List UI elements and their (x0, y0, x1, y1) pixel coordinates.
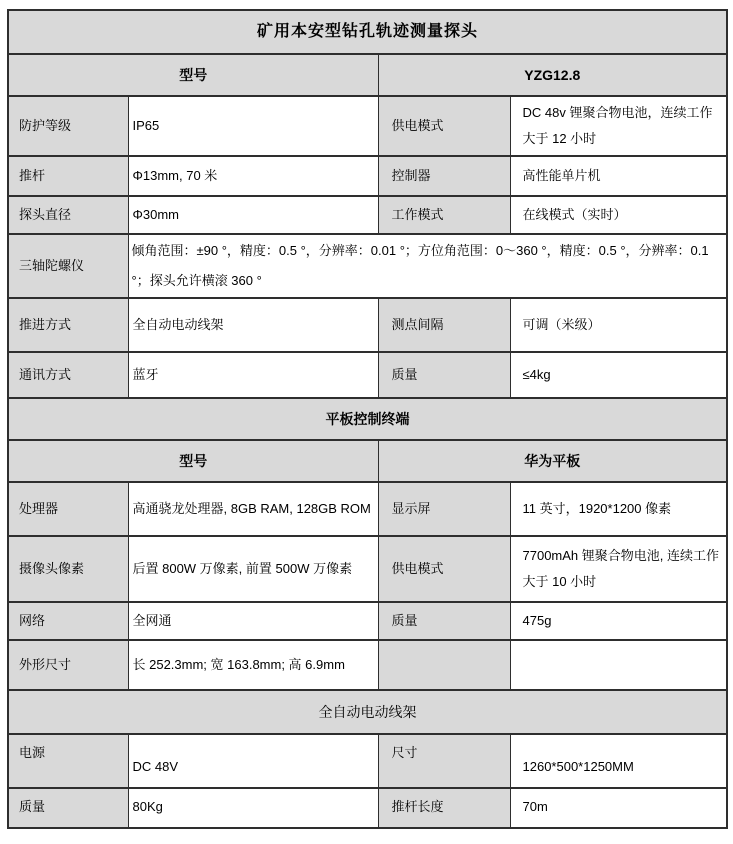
row-label-cell: 通讯方式 (8, 352, 128, 398)
row-label-cell: 供电模式 (378, 536, 510, 602)
row-value-cell: DC 48V (128, 734, 378, 788)
row-label-cell: 推杆长度 (378, 788, 510, 828)
row-value-cell: 70m (510, 788, 727, 828)
row-value-cell: 后置 800W 万像素, 前置 500W 万像素 (128, 536, 378, 602)
model-header-label: 型号 (8, 440, 378, 482)
row-label-cell: 电源 (8, 734, 128, 788)
spec-table: 矿用本安型钻孔轨迹测量探头 型号 YZG12.8 防护等级 IP65 供电模式 … (7, 9, 728, 829)
section-title-probe: 矿用本安型钻孔轨迹测量探头 (8, 10, 727, 54)
table-row: 电源 DC 48V 尺寸 1260*500*1250MM (8, 734, 727, 788)
table-row: 防护等级 IP65 供电模式 DC 48v 锂聚合物电池，连续工作大于 12 小… (8, 96, 727, 156)
row-value-cell: 倾角范围：±90 °，精度：0.5 °，分辨率：0.01 °；方位角范围：0～3… (128, 234, 727, 298)
row-label-cell: 测点间隔 (378, 298, 510, 352)
section-title-tablet: 平板控制终端 (8, 398, 727, 440)
model-header-value: 华为平板 (378, 440, 727, 482)
row-label-cell: 探头直径 (8, 196, 128, 234)
row-value-cell: 全网通 (128, 602, 378, 640)
table-row: 推进方式 全自动电动线架 测点间隔 可调（米级） (8, 298, 727, 352)
row-label-cell: 供电模式 (378, 96, 510, 156)
row-value-cell: 在线模式（实时） (510, 196, 727, 234)
row-label-cell: 防护等级 (8, 96, 128, 156)
row-label-cell: 质量 (378, 352, 510, 398)
row-value-cell: Φ13mm, 70 米 (128, 156, 378, 196)
row-label-cell: 显示屏 (378, 482, 510, 536)
row-value-cell: IP65 (128, 96, 378, 156)
row-value-cell: 可调（米级） (510, 298, 727, 352)
row-label-cell: 工作模式 (378, 196, 510, 234)
table-row: 推杆 Φ13mm, 70 米 控制器 高性能单片机 (8, 156, 727, 196)
table-row: 通讯方式 蓝牙 质量 ≤4kg (8, 352, 727, 398)
row-label-cell: 推杆 (8, 156, 128, 196)
row-label-cell: 质量 (378, 602, 510, 640)
row-label-cell: 网络 (8, 602, 128, 640)
row-value-cell: 蓝牙 (128, 352, 378, 398)
row-value-cell: 80Kg (128, 788, 378, 828)
row-value-cell: 11 英寸，1920*1200 像素 (510, 482, 727, 536)
row-label-cell: 控制器 (378, 156, 510, 196)
table-row: 型号 华为平板 (8, 440, 727, 482)
table-row: 处理器 高通骁龙处理器, 8GB RAM, 128GB ROM 显示屏 11 英… (8, 482, 727, 536)
table-row: 三轴陀螺仪 倾角范围：±90 °，精度：0.5 °，分辨率：0.01 °；方位角… (8, 234, 727, 298)
table-row: 质量 80Kg 推杆长度 70m (8, 788, 727, 828)
row-value-cell: 长 252.3mm; 宽 163.8mm; 高 6.9mm (128, 640, 378, 690)
row-label-cell: 质量 (8, 788, 128, 828)
table-row: 外形尺寸 长 252.3mm; 宽 163.8mm; 高 6.9mm (8, 640, 727, 690)
row-label-cell: 外形尺寸 (8, 640, 128, 690)
row-value-cell: Φ30mm (128, 196, 378, 234)
row-label-cell: 推进方式 (8, 298, 128, 352)
row-value-cell: 高通骁龙处理器, 8GB RAM, 128GB ROM (128, 482, 378, 536)
row-label-cell: 尺寸 (378, 734, 510, 788)
model-header-value: YZG12.8 (378, 54, 727, 96)
table-row: 探头直径 Φ30mm 工作模式 在线模式（实时） (8, 196, 727, 234)
row-label-cell: 三轴陀螺仪 (8, 234, 128, 298)
row-label-cell: 摄像头像素 (8, 536, 128, 602)
table-row: 全自动电动线架 (8, 690, 727, 734)
row-value-cell: 高性能单片机 (510, 156, 727, 196)
table-row: 摄像头像素 后置 800W 万像素, 前置 500W 万像素 供电模式 7700… (8, 536, 727, 602)
section-title-rack: 全自动电动线架 (8, 690, 727, 734)
table-row: 平板控制终端 (8, 398, 727, 440)
row-value-cell: 全自动电动线架 (128, 298, 378, 352)
table-row: 矿用本安型钻孔轨迹测量探头 (8, 10, 727, 54)
row-value-cell: ≤4kg (510, 352, 727, 398)
table-row: 型号 YZG12.8 (8, 54, 727, 96)
table-row: 网络 全网通 质量 475g (8, 602, 727, 640)
document-page: 矿用本安型钻孔轨迹测量探头 型号 YZG12.8 防护等级 IP65 供电模式 … (0, 0, 733, 844)
model-header-label: 型号 (8, 54, 378, 96)
row-value-cell: DC 48v 锂聚合物电池，连续工作大于 12 小时 (510, 96, 727, 156)
row-value-cell: 1260*500*1250MM (510, 734, 727, 788)
row-value-cell: 7700mAh 锂聚合物电池, 连续工作大于 10 小时 (510, 536, 727, 602)
row-value-cell (510, 640, 727, 690)
row-label-cell: 处理器 (8, 482, 128, 536)
row-label-cell (378, 640, 510, 690)
row-value-cell: 475g (510, 602, 727, 640)
